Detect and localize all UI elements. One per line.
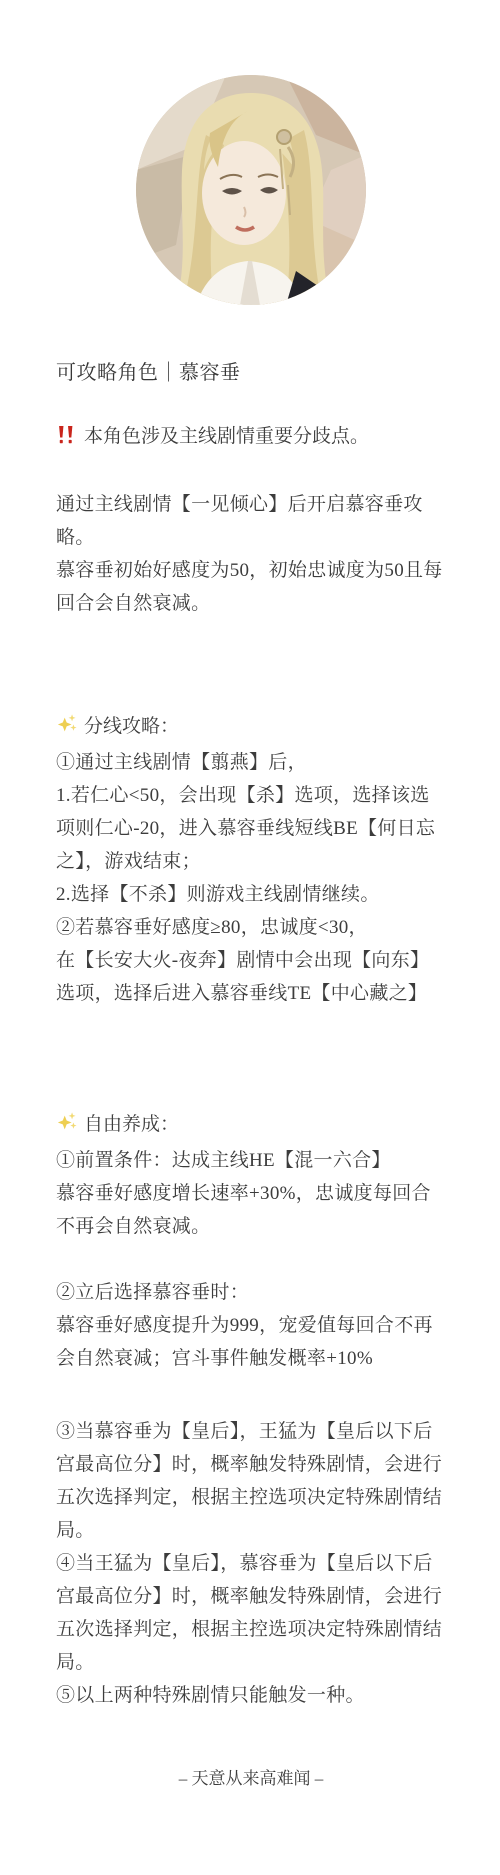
nurture-block-1: ①前置条件：达成主线HE【混一六合】 慕容垂好感度增长速率+30%，忠诚度每回合… <box>56 1144 446 1243</box>
character-avatar <box>136 75 366 305</box>
sparkles-icon <box>56 713 78 746</box>
sparkles-icon <box>56 1111 78 1144</box>
nurture-block-3: ③当慕容垂为【皇后】，王猛为【皇后以下后宫最高位分】时，概率触发特殊剧情，会进行… <box>56 1415 446 1712</box>
nurture-step: ⑤以上两种特殊剧情只能触发一种。 <box>56 1679 446 1712</box>
footer-quote: – 天意从来高难闻 – <box>56 1764 446 1794</box>
nurture-step: ①前置条件：达成主线HE【混一六合】 <box>56 1144 446 1177</box>
nurture-step: ②立后选择慕容垂时： <box>56 1276 446 1309</box>
nurture-step: ③当慕容垂为【皇后】，王猛为【皇后以下后宫最高位分】时，概率触发特殊剧情，会进行… <box>56 1415 446 1547</box>
page-title: 可攻略角色｜慕容垂 <box>56 357 446 390</box>
intro-paragraph: 通过主线剧情【一见倾心】后开启慕容垂攻略。 <box>56 488 446 554</box>
warning-line: 本角色涉及主线剧情重要分歧点。 <box>56 420 446 455</box>
warning-text: 本角色涉及主线剧情重要分歧点。 <box>84 426 369 447</box>
double-exclamation-icon <box>56 422 77 455</box>
section-heading-text: 分线攻略： <box>84 716 179 737</box>
nurture-step: 慕容垂好感度提升为999，宠爱值每回合不再会自然衰减；宫斗事件触发概率+10% <box>56 1309 446 1375</box>
section-heading-text: 自由养成： <box>84 1114 179 1135</box>
character-portrait-illustration <box>136 75 366 305</box>
branch-step: 1.若仁心<50，会出现【杀】选项，选择该选项则仁心-20，进入慕容垂线短线BE… <box>56 779 446 878</box>
nurture-step: ④当王猛为【皇后】，慕容垂为【皇后以下后宫最高位分】时，概率触发特殊剧情，会进行… <box>56 1547 446 1679</box>
branch-step: 2.选择【不杀】则游戏主线剧情继续。 <box>56 878 446 911</box>
intro-paragraph: 慕容垂初始好感度为50，初始忠诚度为50且每回合会自然衰减。 <box>56 554 446 620</box>
section-heading: 自由养成： <box>56 1108 446 1144</box>
note-page: 可攻略角色｜慕容垂 本角色涉及主线剧情重要分歧点。 通过主线剧情【一见倾心】后开… <box>0 0 500 1875</box>
nurture-block-2: ②立后选择慕容垂时： 慕容垂好感度提升为999，宠爱值每回合不再会自然衰减；宫斗… <box>56 1276 446 1375</box>
section-free-nurture: 自由养成： ①前置条件：达成主线HE【混一六合】 慕容垂好感度增长速率+30%，… <box>56 1108 446 1712</box>
branch-step: ②若慕容垂好感度≥80，忠诚度<30， <box>56 911 446 944</box>
nurture-step: 慕容垂好感度增长速率+30%，忠诚度每回合不再会自然衰减。 <box>56 1177 446 1243</box>
section-heading: 分线攻略： <box>56 710 446 746</box>
branch-step: ①通过主线剧情【翦燕】后， <box>56 746 446 779</box>
intro-block: 通过主线剧情【一见倾心】后开启慕容垂攻略。 慕容垂初始好感度为50，初始忠诚度为… <box>56 488 446 620</box>
branch-step: 在【长安大火-夜奔】剧情中会出现【向东】选项，选择后进入慕容垂线TE【中心藏之】 <box>56 944 446 1010</box>
section-branch-strategy: 分线攻略： ①通过主线剧情【翦燕】后， 1.若仁心<50，会出现【杀】选项，选择… <box>56 710 446 1010</box>
